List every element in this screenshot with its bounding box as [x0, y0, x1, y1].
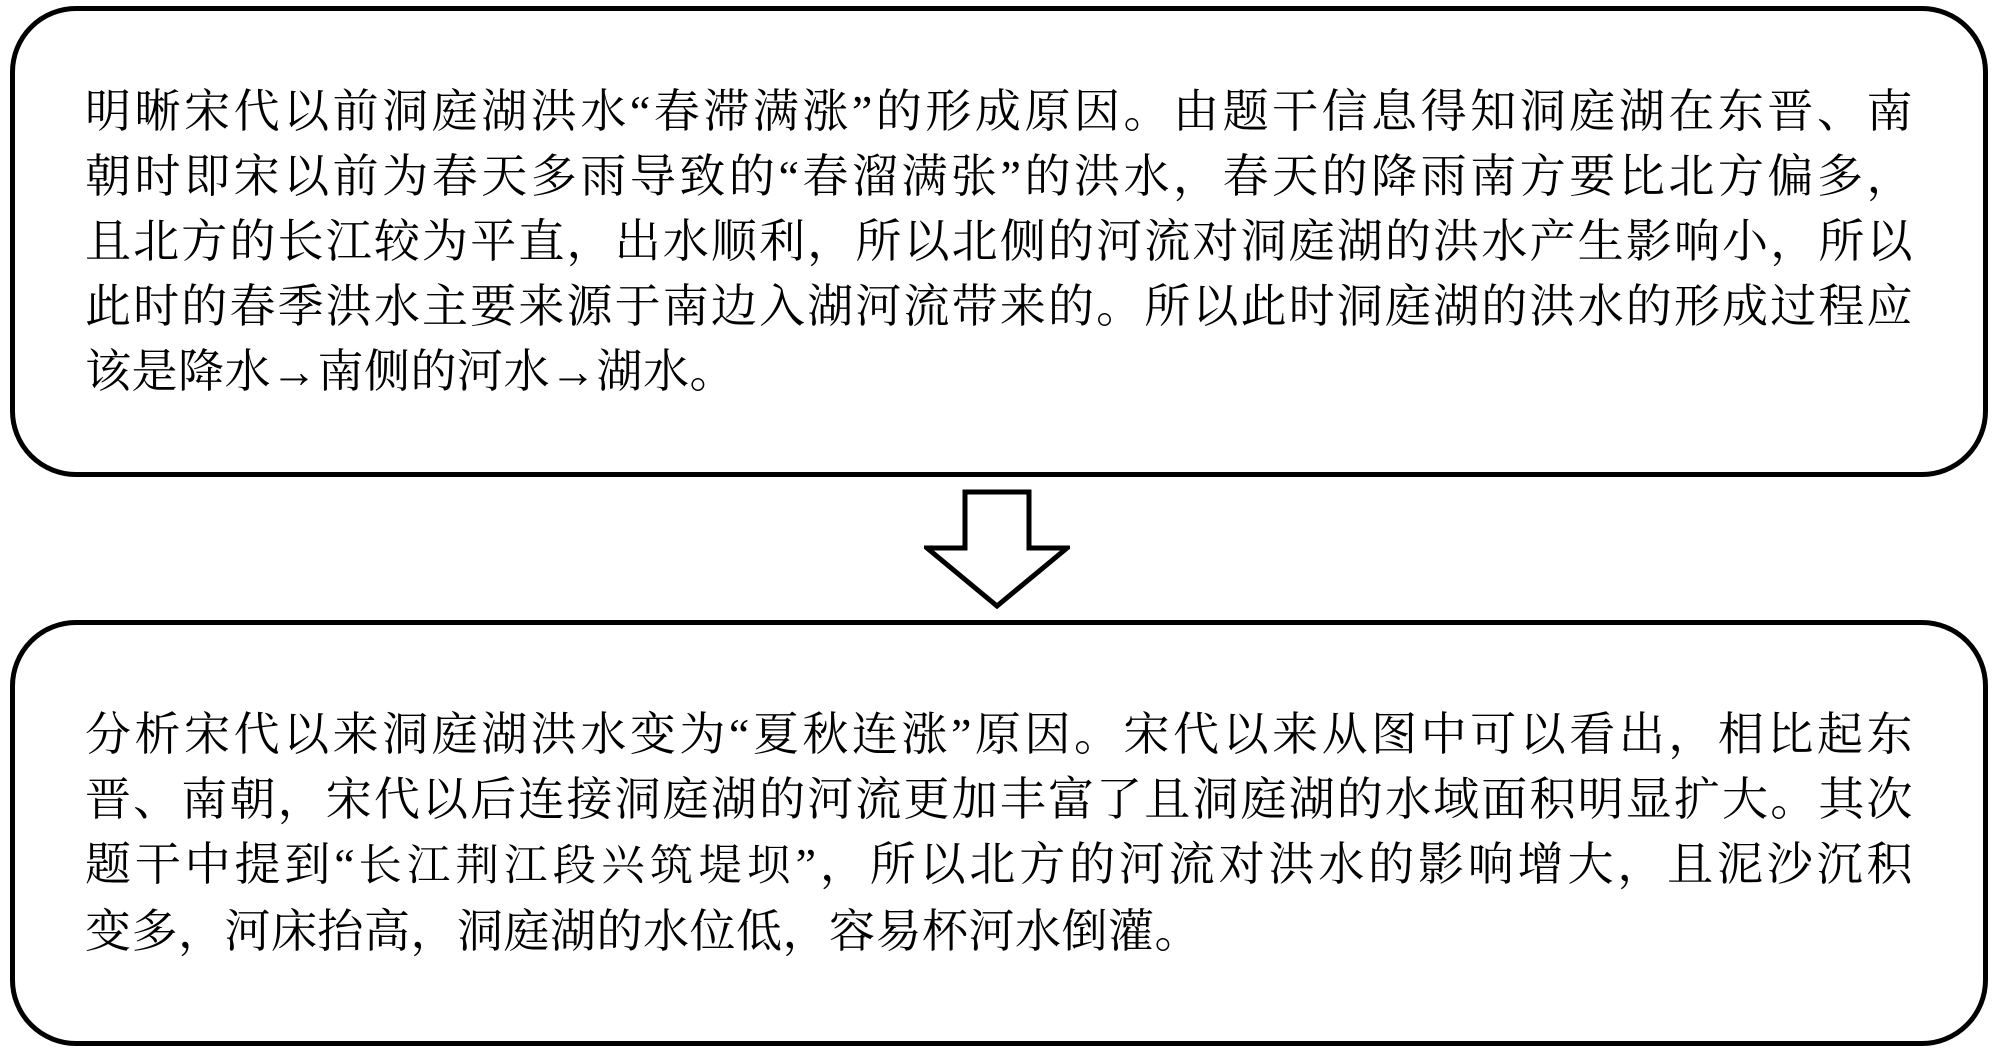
step1-box: 明晰宋代以前洞庭湖洪水“春滞满涨”的形成原因。由题干信息得知洞庭湖在东晋、南 朝…: [10, 6, 1988, 477]
text-run: ”，所以北方的河流对洪水的影响增大，且泥沙沉积: [796, 839, 1913, 890]
text-line: 朝时即宋以前为春天多雨导致的“春溜满张”的洪水，春天的降雨南方要比北方偏多，: [85, 144, 1913, 209]
text-line: 明晰宋代以前洞庭湖洪水“春滞满涨”的形成原因。由题干信息得知洞庭湖在东晋、南: [85, 79, 1913, 144]
down-arrow-icon: [924, 489, 1070, 609]
text-line: 该是降水→南侧的河水→湖水。: [85, 339, 1913, 404]
text-line: 变多，河床抬高，洞庭湖的水位低，容易杯河水倒灌。: [85, 899, 1913, 964]
explanation-flow-diagram: 明晰宋代以前洞庭湖洪水“春滞满涨”的形成原因。由题干信息得知洞庭湖在东晋、南 朝…: [0, 0, 2000, 1053]
step2-box: 分析宋代以来洞庭湖洪水变为“夏秋连涨”原因。宋代以来从图中可以看出，相比起东 晋…: [10, 620, 1988, 1046]
quoted-phrase: 长江荆江段兴筑堤坝: [355, 842, 796, 890]
text-line: 此时的春季洪水主要来源于南边入湖河流带来的。所以此时洞庭湖的洪水的形成过程应: [85, 274, 1913, 339]
text-line: 晋、南朝，宋代以后连接洞庭湖的河流更加丰富了且洞庭湖的水域面积明显扩大。其次: [85, 767, 1913, 832]
text-line: 分析宋代以来洞庭湖洪水变为“夏秋连涨”原因。宋代以来从图中可以看出，相比起东: [85, 702, 1913, 767]
text-line: 且北方的长江较为平直，出水顺利，所以北侧的河流对洞庭湖的洪水产生影响小，所以: [85, 209, 1913, 274]
text-run: 题干中提到“: [85, 839, 355, 890]
text-line: 题干中提到“长江荆江段兴筑堤坝”，所以北方的河流对洪水的影响增大，且泥沙沉积: [85, 832, 1913, 899]
